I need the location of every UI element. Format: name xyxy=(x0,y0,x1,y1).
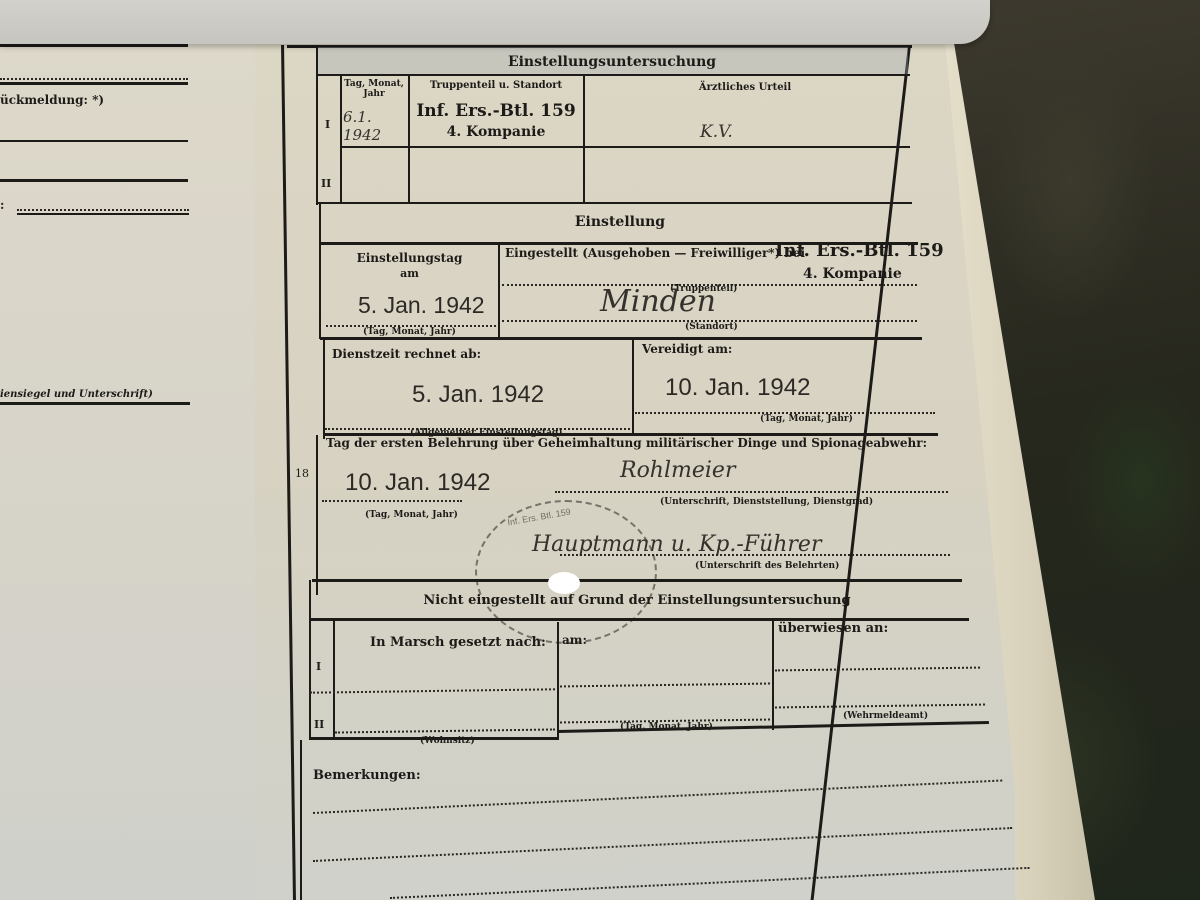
am-label-2: am: xyxy=(562,633,587,647)
einstellungstag-caption: (Tag, Monat, Jahr) xyxy=(322,327,497,337)
truppenteil-value: Inf. Ers.-Btl. 159 xyxy=(775,240,944,261)
eingestellt-label: Eingestellt (Ausgehoben — Freiwilliger*)… xyxy=(505,246,805,260)
am-label: am xyxy=(322,267,497,280)
redaction-mark xyxy=(548,572,580,594)
exam-verdict-value: K.V. xyxy=(700,122,733,142)
section-title-einstellungsuntersuchung: Einstellungsuntersuchung xyxy=(316,54,908,70)
marsch-label: In Marsch gesetzt nach: xyxy=(370,635,546,650)
exam-company-value: 4. Kompanie xyxy=(410,124,582,140)
belehrter-caption: (Unterschrift des Belehrten) xyxy=(695,561,839,571)
vereidigt-caption: (Tag, Monat, Jahr) xyxy=(760,414,853,424)
col-header-unit: Truppenteil u. Standort xyxy=(410,80,582,91)
left-page: ückmeldung: *) : iensiegel und Unterschr… xyxy=(0,40,290,900)
colon-label: : xyxy=(0,198,4,212)
bemerkungen-label: Bemerkungen: xyxy=(313,768,421,783)
seal-caption: iensiegel und Unterschrift) xyxy=(0,389,153,400)
rueckmeldung-label: ückmeldung: *) xyxy=(0,93,104,107)
ueberwiesen-label: überwiesen an: xyxy=(778,621,888,636)
standort-caption: (Standort) xyxy=(685,322,738,332)
einstellungstag-label: Einstellungstag xyxy=(322,251,497,265)
section-title-nicht-eingestellt: Nicht eingestellt auf Grund der Einstell… xyxy=(312,593,962,608)
row-roman-1: I xyxy=(316,660,321,673)
vereidigt-label: Vereidigt am: xyxy=(642,342,732,356)
col-header-verdict: Ärztliches Urteil xyxy=(585,82,905,93)
row-roman-2: II xyxy=(314,718,324,731)
einstellungstag-value: 5. Jan. 1942 xyxy=(358,292,485,319)
vereidigt-value: 10. Jan. 1942 xyxy=(665,374,810,402)
belehrung-date-caption: (Tag, Monat, Jahr) xyxy=(365,510,458,520)
col-header-date: Tag, Monat, Jahr xyxy=(342,79,406,99)
overlying-page-edge xyxy=(0,0,990,44)
exam-unit-value: Inf. Ers.-Btl. 159 xyxy=(410,101,582,121)
wehrmeldeamt-caption: (Wehrmeldeamt) xyxy=(843,711,928,721)
signature-value: Rohlmeier xyxy=(620,458,735,483)
dienstzeit-label: Dienstzeit rechnet ab: xyxy=(332,347,481,361)
section-title-einstellung: Einstellung xyxy=(320,214,920,230)
belehrung-label: Tag der ersten Belehrung über Geheimhalt… xyxy=(326,436,927,450)
standort-value: Minden xyxy=(600,284,716,319)
exam-date-value: 6.1. 1942 xyxy=(343,108,403,144)
signature-caption: (Unterschrift, Dienststellung, Dienstgra… xyxy=(660,497,873,507)
truppenteil-company-value: 4. Kompanie xyxy=(803,266,902,282)
belehrung-date-value: 10. Jan. 1942 xyxy=(345,469,490,497)
dienstzeit-value: 5. Jan. 1942 xyxy=(412,381,544,409)
page-number: 18 xyxy=(295,467,309,480)
